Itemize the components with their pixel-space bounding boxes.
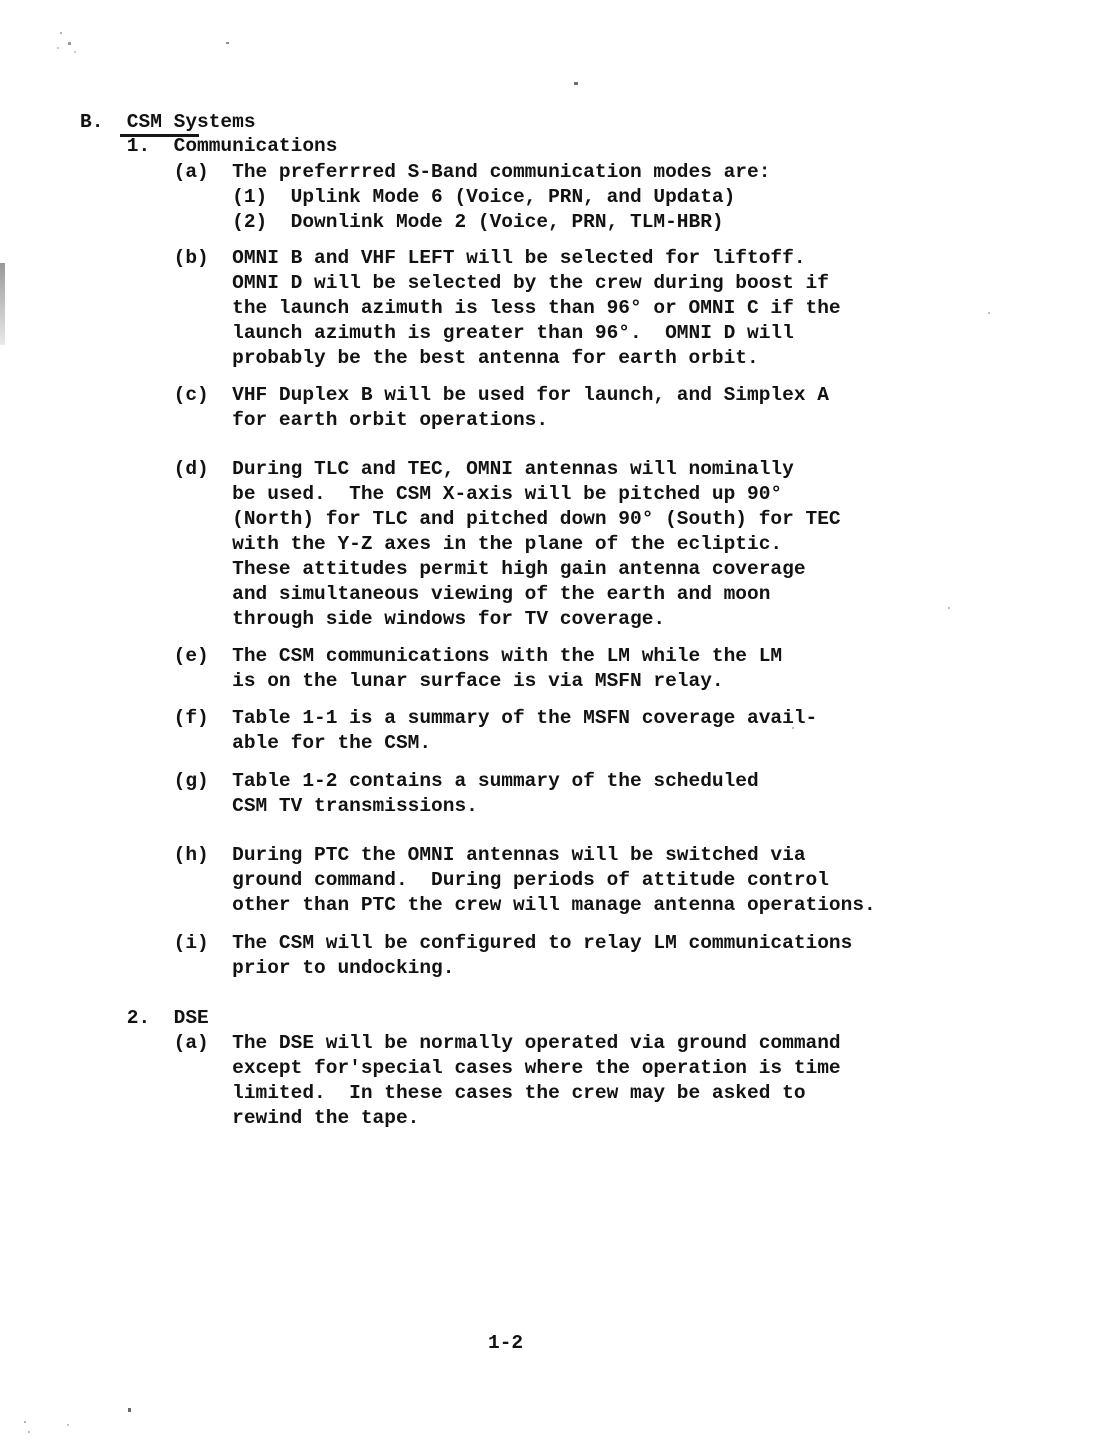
paragraph-d-tlc-tec-attitudes: (d) During TLC and TEC, OMNI antennas wi…: [80, 457, 841, 632]
page-number: 1-2: [488, 1331, 523, 1356]
text-line: ground command. During periods of attitu…: [80, 868, 876, 893]
text-line: (g) Table 1-2 contains a summary of the …: [80, 769, 759, 794]
item-2-dse: 2. DSE: [80, 1006, 209, 1031]
text-line: (f) Table 1-1 is a summary of the MSFN c…: [80, 706, 817, 731]
scan-artifact-speck: [68, 42, 71, 45]
scan-artifact-speck: [792, 727, 794, 729]
text-line: for earth orbit operations.: [80, 408, 829, 433]
scan-artifact-speck: [128, 1408, 131, 1412]
text-line: (2) Downlink Mode 2 (Voice, PRN, TLM-HBR…: [80, 210, 770, 235]
text-line: (c) VHF Duplex B will be used for launch…: [80, 383, 829, 408]
text-line: B. CSM Systems: [80, 110, 256, 135]
paragraph-i-relay-undocking: (i) The CSM will be configured to relay …: [80, 931, 852, 981]
text-line: with the Y-Z axes in the plane of the ec…: [80, 532, 841, 557]
text-line: (h) During PTC the OMNI antennas will be…: [80, 843, 876, 868]
text-line: launch azimuth is greater than 96°. OMNI…: [80, 321, 841, 346]
paragraph-dse-a-ground-command: (a) The DSE will be normally operated vi…: [80, 1031, 841, 1131]
text-line: These attitudes permit high gain antenna…: [80, 557, 841, 582]
page-number-text: 1-2: [488, 1331, 523, 1356]
scan-artifact-speck: [74, 51, 76, 53]
scanned-document-page: B. CSM Systems 1. Communications (a) The…: [0, 0, 1105, 1447]
text-line: (b) OMNI B and VHF LEFT will be selected…: [80, 246, 841, 271]
text-line: (a) The DSE will be normally operated vi…: [80, 1031, 841, 1056]
text-line: is on the lunar surface is via MSFN rela…: [80, 669, 782, 694]
text-line: (North) for TLC and pitched down 90° (So…: [80, 507, 841, 532]
paragraph-h-ptc-omni: (h) During PTC the OMNI antennas will be…: [80, 843, 876, 918]
scan-artifact-left-streak: [0, 263, 5, 345]
text-line: (e) The CSM communications with the LM w…: [80, 644, 782, 669]
scan-artifact-speck: [28, 1431, 30, 1433]
text-line: (1) Uplink Mode 6 (Voice, PRN, and Updat…: [80, 185, 770, 210]
scan-artifact-speck: [226, 42, 229, 44]
paragraph-c-vhf-duplex: (c) VHF Duplex B will be used for launch…: [80, 383, 829, 433]
paragraph-g-table-1-2: (g) Table 1-2 contains a summary of the …: [80, 769, 759, 819]
text-line: prior to undocking.: [80, 956, 852, 981]
text-line: 2. DSE: [80, 1006, 209, 1031]
text-line: limited. In these cases the crew may be …: [80, 1081, 841, 1106]
paragraph-a-sband-modes: (a) The preferrred S-Band communication …: [80, 160, 770, 235]
text-line: able for the CSM.: [80, 731, 817, 756]
text-line: through side windows for TV coverage.: [80, 607, 841, 632]
text-line: probably be the best antenna for earth o…: [80, 346, 841, 371]
text-line: CSM TV transmissions.: [80, 794, 759, 819]
scan-artifact-speck: [948, 607, 950, 609]
scan-artifact-speck: [24, 1421, 26, 1423]
text-line: other than PTC the crew will manage ante…: [80, 893, 876, 918]
scan-artifact-speck: [60, 32, 62, 34]
text-line: OMNI D will be selected by the crew duri…: [80, 271, 841, 296]
text-line: and simultaneous viewing of the earth an…: [80, 582, 841, 607]
text-line: (i) The CSM will be configured to relay …: [80, 931, 852, 956]
item-1-communications: 1. Communications: [80, 134, 337, 159]
text-line: rewind the tape.: [80, 1106, 841, 1131]
scan-artifact-speck: [67, 1424, 69, 1426]
text-line: 1. Communications: [80, 134, 337, 159]
text-line: except for'special cases where the opera…: [80, 1056, 841, 1081]
heading-b-csm-systems: B. CSM Systems: [80, 110, 256, 135]
paragraph-b-omni-liftoff: (b) OMNI B and VHF LEFT will be selected…: [80, 246, 841, 371]
text-line: the launch azimuth is less than 96° or O…: [80, 296, 841, 321]
text-line: (a) The preferrred S-Band communication …: [80, 160, 770, 185]
text-line: (d) During TLC and TEC, OMNI antennas wi…: [80, 457, 841, 482]
paragraph-e-lm-relay: (e) The CSM communications with the LM w…: [80, 644, 782, 694]
text-line: be used. The CSM X-axis will be pitched …: [80, 482, 841, 507]
scan-artifact-speck: [988, 312, 990, 314]
paragraph-f-table-1-1: (f) Table 1-1 is a summary of the MSFN c…: [80, 706, 817, 756]
scan-artifact-speck: [574, 82, 578, 85]
scan-artifact-speck: [57, 47, 59, 49]
